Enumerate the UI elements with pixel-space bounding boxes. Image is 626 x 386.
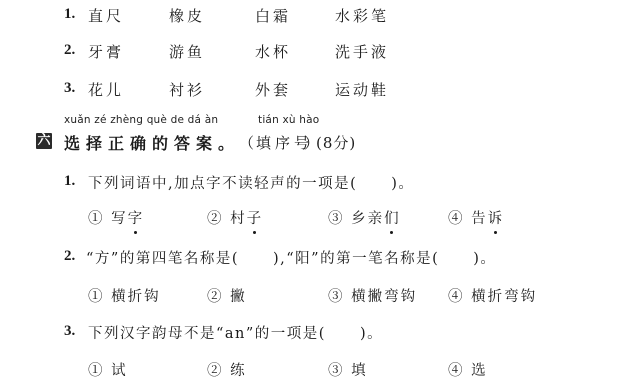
word-item: 洗手液 bbox=[335, 41, 389, 62]
option-4[interactable]: ④ 横折弯钩 bbox=[448, 285, 537, 306]
word-item: 牙膏 bbox=[88, 41, 124, 62]
option-1[interactable]: ① 横折钩 bbox=[88, 285, 161, 306]
section-number-badge: 六 bbox=[36, 133, 52, 149]
word-item: 衬衫 bbox=[169, 79, 205, 100]
dotted-character: 字 bbox=[128, 207, 145, 228]
word-item: 游鱼 bbox=[169, 41, 205, 62]
option-marker: ④ bbox=[448, 363, 465, 379]
question-text: “方”的第四笔名称是(),“阳”的第一笔名称是()。 bbox=[86, 247, 496, 268]
row-number: 3. bbox=[64, 80, 75, 97]
question-stem-end: )。 bbox=[360, 326, 383, 342]
word-item: 水杯 bbox=[255, 41, 291, 62]
word-item: 外套 bbox=[255, 79, 291, 100]
option-3[interactable]: ③ 填 bbox=[328, 359, 368, 380]
option-2[interactable]: ② 撇 bbox=[207, 285, 247, 306]
question-text: 下列词语中,加点字不读轻声的一项是()。 bbox=[88, 172, 414, 193]
dotted-character: 子 bbox=[247, 207, 264, 228]
question-stem-end: )。 bbox=[473, 251, 496, 267]
word-item: 橡皮 bbox=[169, 5, 205, 26]
option-text: 撇 bbox=[230, 289, 247, 305]
question-number: 2. bbox=[64, 248, 75, 265]
row-number: 2. bbox=[64, 42, 75, 59]
question-stem: 下列词语中,加点字不读轻声的一项是( bbox=[88, 176, 357, 192]
option-marker: ③ bbox=[328, 289, 345, 305]
option-text: 乡亲 bbox=[351, 211, 384, 227]
option-text: 村 bbox=[230, 211, 247, 227]
option-text: 试 bbox=[111, 363, 128, 379]
word-item: 直尺 bbox=[88, 5, 124, 26]
section-title: 选择正确的答案。 bbox=[64, 131, 240, 154]
row-number: 1. bbox=[64, 6, 75, 23]
option-3[interactable]: ③ 乡亲们 bbox=[328, 207, 401, 228]
option-marker: ① bbox=[88, 363, 105, 379]
option-marker: ③ bbox=[328, 211, 345, 227]
option-marker: ③ bbox=[328, 363, 345, 379]
dotted-character: 诉 bbox=[488, 207, 505, 228]
option-marker: ② bbox=[207, 211, 224, 227]
question-stem-middle: ),“阳”的第一笔名称是( bbox=[273, 251, 439, 267]
option-2[interactable]: ② 练 bbox=[207, 359, 247, 380]
option-marker: ① bbox=[88, 211, 105, 227]
option-marker: ① bbox=[88, 289, 105, 305]
option-marker: ④ bbox=[448, 289, 465, 305]
option-2[interactable]: ② 村子 bbox=[207, 207, 263, 228]
option-text: 横折钩 bbox=[111, 289, 161, 305]
option-marker: ④ bbox=[448, 211, 465, 227]
option-1[interactable]: ① 试 bbox=[88, 359, 128, 380]
pinyin-annotation: xuǎn zé zhèng què de dá àn bbox=[64, 114, 218, 126]
pinyin-annotation: tián xù hào bbox=[258, 114, 319, 126]
option-text: 选 bbox=[471, 363, 488, 379]
option-text: 练 bbox=[230, 363, 247, 379]
section-score: (8分) bbox=[316, 132, 356, 153]
word-item: 运动鞋 bbox=[335, 79, 389, 100]
option-text: 横撇弯钩 bbox=[351, 289, 417, 305]
question-stem: 下列汉字韵母不是“an”的一项是( bbox=[88, 326, 326, 342]
question-stem: “方”的第四笔名称是( bbox=[86, 251, 239, 267]
option-4[interactable]: ④ 告诉 bbox=[448, 207, 504, 228]
option-text: 填 bbox=[351, 363, 368, 379]
word-item: 花儿 bbox=[88, 79, 124, 100]
option-text: 写 bbox=[111, 211, 128, 227]
option-marker: ② bbox=[207, 363, 224, 379]
option-text: 告 bbox=[471, 211, 488, 227]
question-number: 3. bbox=[64, 323, 75, 340]
dotted-character: 们 bbox=[384, 207, 401, 228]
option-3[interactable]: ③ 横撇弯钩 bbox=[328, 285, 417, 306]
option-text: 横折弯钩 bbox=[471, 289, 537, 305]
question-number: 1. bbox=[64, 173, 75, 190]
section-subtitle-open: （ bbox=[239, 132, 255, 153]
word-item: 白霜 bbox=[255, 5, 291, 26]
option-4[interactable]: ④ 选 bbox=[448, 359, 488, 380]
option-1[interactable]: ① 写字 bbox=[88, 207, 144, 228]
question-stem-end: )。 bbox=[391, 176, 414, 192]
option-marker: ② bbox=[207, 289, 224, 305]
question-text: 下列汉字韵母不是“an”的一项是()。 bbox=[88, 322, 383, 343]
word-item: 水彩笔 bbox=[335, 5, 389, 26]
